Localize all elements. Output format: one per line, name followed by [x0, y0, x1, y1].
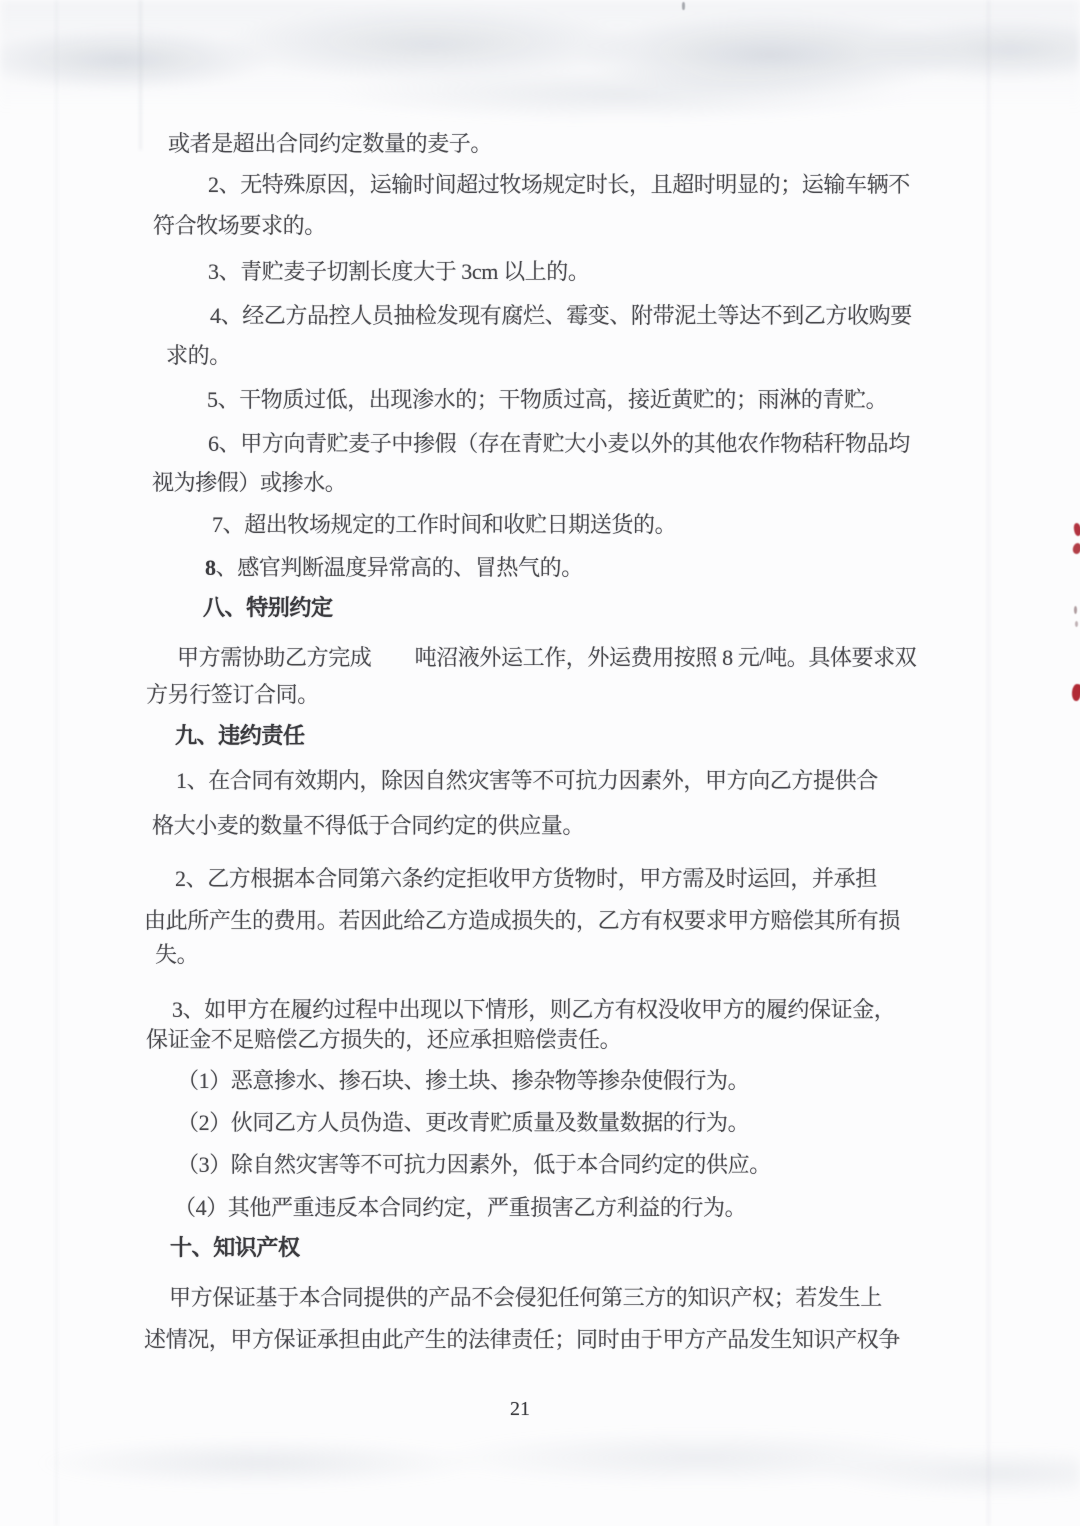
- pencil-speck: [1075, 621, 1078, 627]
- section-heading: 十、知识产权: [170, 1234, 300, 1262]
- text-line: 保证金不足赔偿乙方损失的，还应承担赔偿责任。: [146, 1026, 621, 1054]
- text-line: 甲方需协助乙方完成 吨沼液外运工作，外运费用按照 8 元/吨。具体要求双: [177, 644, 916, 672]
- text-line: （2）伙同乙方人员伪造、更改青贮质量及数量数据的行为。: [177, 1109, 749, 1137]
- text-line: 4、经乙方品控人员抽检发现有腐烂、霉变、附带泥土等达不到乙方收购要: [210, 302, 912, 330]
- section-heading: 九、违约责任: [175, 722, 305, 750]
- text-line: 格大小麦的数量不得低于合同约定的供应量。: [152, 812, 584, 840]
- red-ink-mark: [1071, 684, 1080, 702]
- text-line: （4）其他严重违反本合同约定，严重损害乙方利益的行为。: [174, 1194, 746, 1222]
- text-line: 符合牧场要求的。: [153, 212, 326, 240]
- text-line: （1）恶意掺水、掺石块、掺土块、掺杂物等掺杂使假行为。: [177, 1067, 749, 1095]
- text-line: 6、甲方向青贮麦子中掺假（存在青贮大小麦以外的其他农作物秸秆物品均: [208, 430, 910, 458]
- text-line: 2、乙方根据本合同第六条约定拒收甲方货物时，甲方需及时运回，并承担: [175, 865, 877, 893]
- scan-streak: [987, 0, 990, 1526]
- text-line: 由此所产生的费用。若因此给乙方造成损失的，乙方有权要求甲方赔偿其所有损: [144, 907, 900, 935]
- text-line: 1、在合同有效期内，除因自然灾害等不可抗力因素外，甲方向乙方提供合: [176, 767, 878, 795]
- text-line: 或者是超出合同约定数量的麦子。: [168, 130, 492, 158]
- text-line: 求的。: [166, 342, 231, 370]
- text-line: 3、青贮麦子切割长度大于 3cm 以上的。: [208, 258, 589, 286]
- page-number: 21: [502, 1398, 538, 1421]
- text-line: 失。: [155, 941, 198, 969]
- section-heading: 八、特别约定: [203, 594, 333, 622]
- text-line: 述情况，甲方保证承担由此产生的法律责任；同时由于甲方产品发生知识产权争: [144, 1326, 900, 1354]
- text-line: 方另行签订合同。: [146, 681, 319, 709]
- scan-noise-top: [0, 0, 1080, 125]
- text-line: 5、干物质过低，出现渗水的；干物质过高，接近黄贮的；雨淋的青贮。: [207, 386, 887, 414]
- red-ink-mark: [1073, 522, 1080, 536]
- pencil-speck: [1074, 606, 1077, 614]
- scan-streak: [139, 0, 142, 150]
- text-line: （3）除自然灾害等不可抗力因素外，低于本合同约定的供应。: [177, 1151, 771, 1179]
- red-ink-mark: [1071, 542, 1080, 555]
- scan-streak: [55, 0, 58, 1526]
- text-line: 3、如甲方在履约过程中出现以下情形，则乙方有权没收甲方的履约保证金，: [172, 996, 895, 1024]
- scanned-contract-page: 或者是超出合同约定数量的麦子。2、无特殊原因，运输时间超过牧场规定时长，且超时明…: [0, 0, 1080, 1526]
- scan-noise-bottom: [0, 1418, 1080, 1513]
- text-line: 甲方保证基于本合同提供的产品不会侵犯任何第三方的知识产权；若发生上: [169, 1284, 882, 1312]
- text-line: 8、感官判断温度异常高的、冒热气的。: [205, 554, 583, 582]
- text-line: 2、无特殊原因，运输时间超过牧场规定时长，且超时明显的；运输车辆不: [208, 171, 910, 199]
- text-line: 7、超出牧场规定的工作时间和收贮日期送货的。: [212, 511, 676, 539]
- text-line: 视为掺假）或掺水。: [152, 469, 346, 497]
- scan-speck: [682, 2, 685, 10]
